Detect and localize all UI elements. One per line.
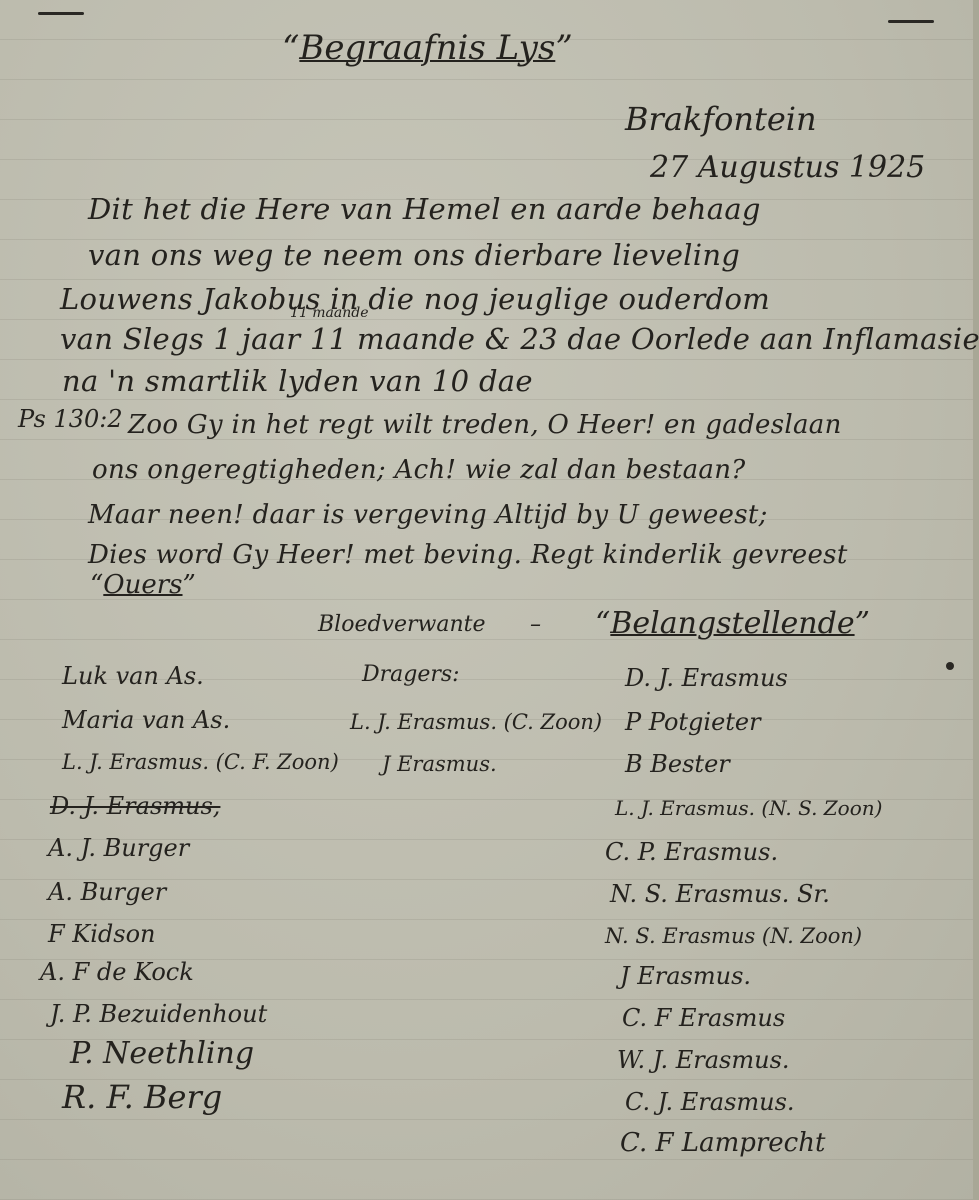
list-item: C. F Erasmus [622,1004,785,1032]
header-interested: “Belangstellende” [595,606,870,641]
list-item: J Erasmus. [620,962,751,990]
list-item: J Erasmus. [382,752,497,776]
verse-line: Zoo Gy in het regt wilt treden, O Heer! … [128,410,842,440]
header-interested-text: Belangstellende [610,606,854,641]
document-title-text: Begraafnis Lys [299,28,555,68]
body-line: na 'n smartlik lyden van 10 dae [62,364,533,398]
body-line: van ons weg te neem ons dierbare lieveli… [88,238,740,272]
list-item: C. P. Erasmus. [605,838,778,866]
list-item: L. J. Erasmus. (N. S. Zoon) [615,796,882,820]
body-line: Louwens Jakobus in die nog jeuglige oude… [60,282,770,316]
verse-line: Maar neen! daar is vergeving Altijd by U… [88,500,768,530]
signature-text: Ouers [103,570,182,600]
place-name: Brakfontein [625,100,817,138]
list-item: F Kidson [48,920,155,948]
insertion-above: 11 maande [290,305,369,321]
list-item: B Bester [625,750,730,778]
signature: “Ouers” [90,570,196,600]
document-date: 27 Augustus 1925 [650,150,925,185]
list-item: A. Burger [48,878,166,906]
verse-line: ons ongeregtigheden; Ach! wie zal dan be… [92,455,746,485]
body-line: van Slegs 1 jaar 11 maande & 23 dae Oorl… [60,322,979,356]
list-item: D. J. Erasmus [625,664,788,692]
corner-mark-left [38,12,84,15]
list-item: N. S. Erasmus (N. Zoon) [605,924,862,948]
list-item: L. J. Erasmus. (C. F. Zoon) [62,750,339,774]
verse-line: Dies word Gy Heer! met beving. Regt kind… [88,540,848,570]
body-line: Dit het die Here van Hemel en aarde beha… [88,192,761,226]
list-item: C. J. Erasmus. [625,1088,795,1116]
ink-spot [946,662,954,670]
header-separator: – [530,612,541,637]
paper-edge [973,0,979,1200]
document-title: “Begraafnis Lys” [282,28,573,68]
list-item: P. Neethling [70,1036,254,1071]
list-item: C. F Lamprecht [620,1128,825,1158]
list-item: W. J. Erasmus. [617,1046,790,1074]
header-blood-relatives: Bloedverwante [318,612,486,637]
list-item: Luk van As. [62,662,204,690]
funeral-list-page: “Begraafnis Lys” Brakfontein 27 Augustus… [0,0,979,1200]
list-item: Maria van As. [62,706,230,734]
list-item: J. P. Bezuidenhout [50,1000,267,1028]
scripture-reference: Ps 130:2 [18,405,123,433]
list-item: A. F de Kock [40,958,194,986]
list-item-struck: D. J. Erasmus, [50,792,220,820]
list-item: R. F. Berg [62,1078,222,1116]
corner-mark-right [888,20,934,23]
list-item: L. J. Erasmus. (C. Zoon) [350,710,602,734]
header-bearers: Dragers: [362,662,460,687]
list-item: P Potgieter [625,708,761,736]
list-item: A. J. Burger [48,834,189,862]
list-item: N. S. Erasmus. Sr. [610,880,830,908]
